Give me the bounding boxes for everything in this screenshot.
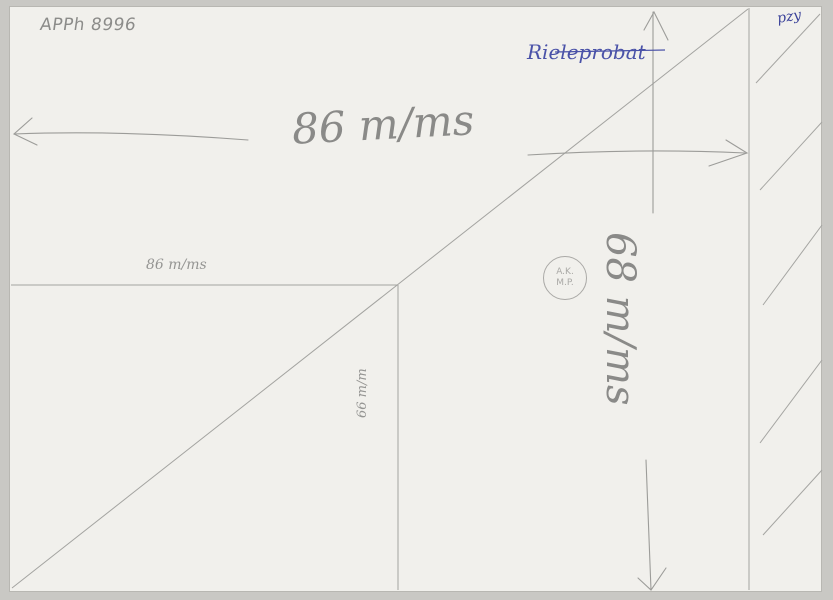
width-dimension-label: 86 m/ms [291,99,475,150]
margin-hatching [756,14,822,535]
height-dimension-label: 68 m/ms [600,232,640,405]
arrow-left-shaft [14,133,248,140]
catalog-number: APPh 8996 [39,17,137,34]
stamp-line-1: A.K. [556,267,574,278]
arrow-down-head-icon [638,568,666,590]
collection-stamp: A.K. M.P. [543,256,587,300]
arrow-left-head-icon [14,118,37,145]
small-width-dimension-label: 86 m/ms [146,258,207,272]
small-height-dimension-label: 66 m/m [356,368,369,418]
arrow-down-shaft [646,460,651,590]
arrow-up-head-icon [644,12,668,40]
blue-ink-note: Rieleprobat [527,42,646,62]
arrow-right-shaft [528,151,745,155]
corner-initials: pzy [776,8,802,26]
pencil-marks [0,0,833,600]
stamp-line-2: M.P. [556,278,574,289]
